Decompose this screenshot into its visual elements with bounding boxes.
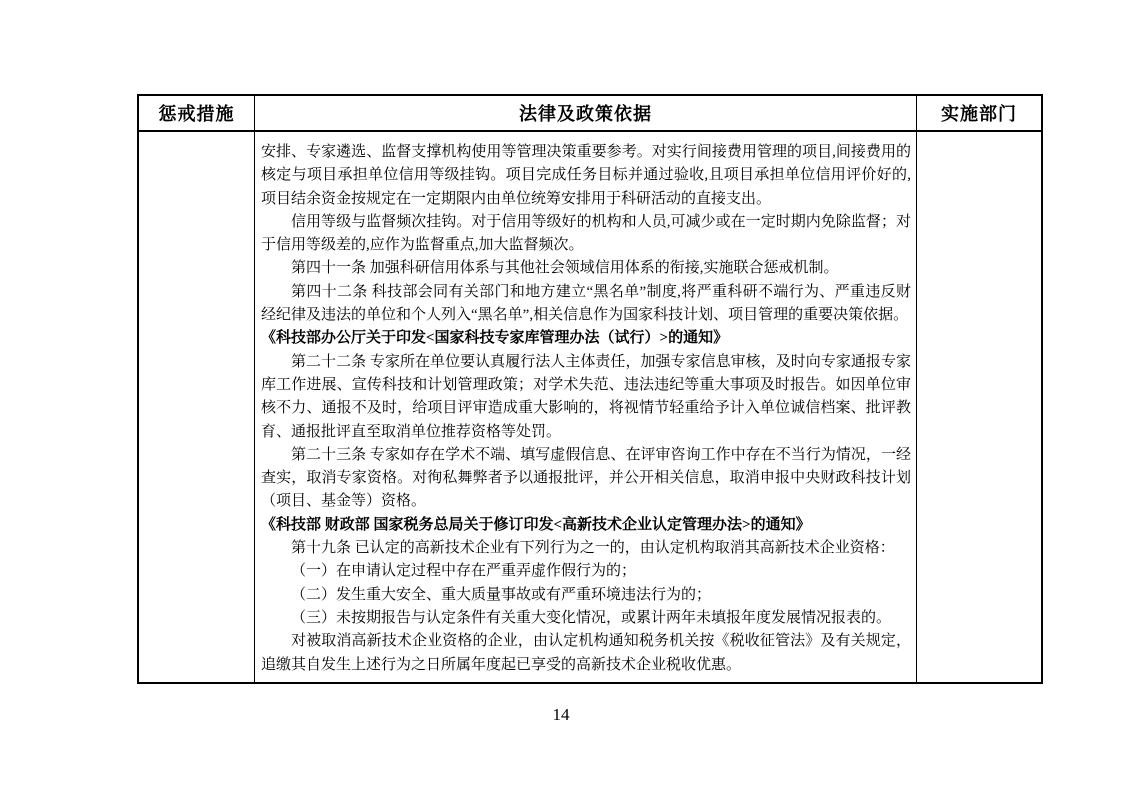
credit-rating-paragraph: 信用等级与监督频次挂钩。对于信用等级好的机构和人员,可减少或在一定时期内免除监督… — [261, 211, 911, 258]
article-22-paragraph: 第二十二条 专家所在单位要认真履行法人主体责任，加强专家信息审核，及时向专家通报… — [261, 351, 911, 444]
article-41-paragraph: 第四十一条 加强科研信用体系与其他社会领域信用体系的衔接,实施联合惩戒机制。 — [261, 257, 911, 280]
table-body-row: 安排、专家遴选、监督支撑机构使用等管理决策重要参考。对实行间接费用管理的项目,间… — [139, 132, 1041, 682]
item-three-paragraph: （三）未按期报告与认定条件有关重大变化情况，或累计两年未填报年度发展情况报表的。 — [261, 607, 911, 630]
hightech-notice-title: 《科技部 财政部 国家税务总局关于修订印发<高新技术企业认定管理办法>的通知》 — [261, 514, 911, 537]
expert-db-notice-title: 《科技部办公厅关于印发<国家科技专家库管理办法（试行）>的通知》 — [261, 327, 911, 350]
penalty-basis-table: 惩戒措施 法律及政策依据 实施部门 安排、专家遴选、监督支撑机构使用等管理决策重… — [137, 94, 1043, 684]
department-cell — [917, 132, 1041, 682]
document-page: 惩戒措施 法律及政策依据 实施部门 安排、专家遴选、监督支撑机构使用等管理决策重… — [0, 0, 1122, 793]
item-two-paragraph: （二）发生重大安全、重大质量事故或有严重环境违法行为的； — [261, 584, 911, 607]
article-19-paragraph: 第十九条 已认定的高新技术企业有下列行为之一的，由认定机构取消其高新技术企业资格… — [261, 537, 911, 560]
legal-basis-text: 安排、专家遴选、监督支撑机构使用等管理决策重要参考。对实行间接费用管理的项目,间… — [255, 132, 916, 677]
article-42-paragraph: 第四十二条 科技部会同有关部门和地方建立“黑名单”制度,将严重科研不端行为、严重… — [261, 281, 911, 328]
header-department: 实施部门 — [917, 96, 1041, 130]
measures-cell — [139, 132, 255, 682]
tax-recovery-paragraph: 对被取消高新技术企业资格的企业，由认定机构通知税务机关按《税收征管法》及有关规定… — [261, 630, 911, 677]
legal-basis-cell: 安排、专家遴选、监督支撑机构使用等管理决策重要参考。对实行间接费用管理的项目,间… — [255, 132, 917, 682]
article-23-paragraph: 第二十三条 专家如存在学术不端、填写虚假信息、在评审咨询工作中存在不当行为情况，… — [261, 444, 911, 514]
item-one-paragraph: （一）在申请认定过程中存在严重弄虚作假行为的； — [261, 560, 911, 583]
page-number: 14 — [0, 705, 1122, 725]
header-measures: 惩戒措施 — [139, 96, 255, 130]
continuation-paragraph: 安排、专家遴选、监督支撑机构使用等管理决策重要参考。对实行间接费用管理的项目,间… — [261, 141, 911, 211]
header-legal-basis: 法律及政策依据 — [255, 96, 917, 130]
table-header-row: 惩戒措施 法律及政策依据 实施部门 — [139, 96, 1041, 132]
